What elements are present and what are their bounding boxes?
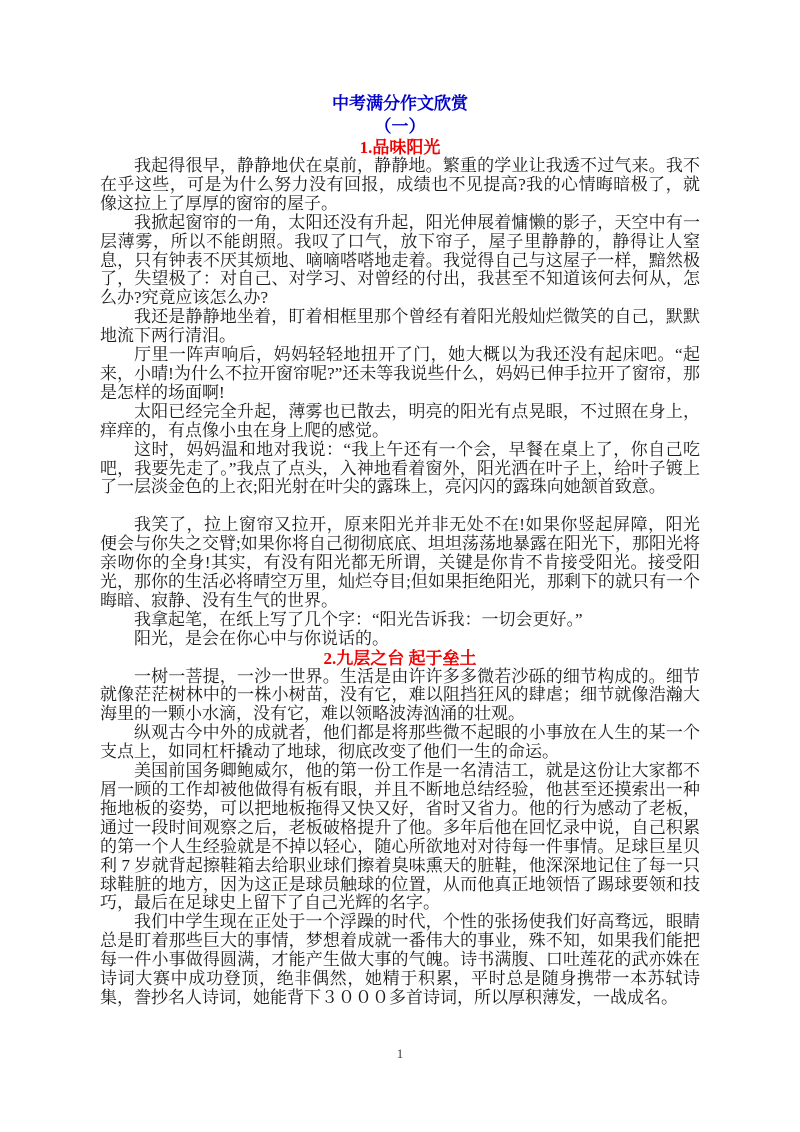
paragraph: 我还是静静地坐着，盯着相框里那个曾经有着阳光般灿烂微笑的自己，默默地流下两行清泪… [100,308,700,346]
page-number-footer: 1 [0,1046,800,1062]
paragraph: 美国前国务卿鲍威尔，他的第一份工作是一名清洁工，就是这份让大家都不屑一顾的工作却… [100,762,700,913]
section-1-body: 我起得很早，静静地伏在桌前，静静地。繁重的学业让我透不过气来。我不在乎这些，可是… [100,157,700,649]
paragraph: 我拿起笔，在纸上写了几个字：“阳光告诉我：一切会更好。” [100,611,700,630]
section-2-body: 一树一菩提，一沙一世界。生活是由许许多多微若沙砾的细节构成的。细节就像茫茫树林中… [100,668,700,1008]
paragraph: 我们中学生现在正处于一个浮躁的时代，个性的张扬使我们好高骛远，眼睛总是盯着那些巨… [100,913,700,1008]
paragraph: 我笑了，拉上窗帘又拉开，原来阳光并非无处不在!如果你竖起屏障，阳光便会与你失之交… [100,516,700,611]
document-page: 中考满分作文欣赏 （一） 1.品味阳光 我起得很早，静静地伏在桌前，静静地。繁重… [0,0,800,1132]
section-heading-1: 1.品味阳光 [100,138,700,157]
section-heading-2: 2.九层之台 起于垒土 [100,649,700,668]
document-title: 中考满分作文欣赏 [100,93,700,115]
paragraph: 纵观古今中外的成就者，他们都是将那些微不起眼的小事放在人生的某一个支点上，如同杠… [100,724,700,762]
paragraph: 阳光，是会在你心中与你说话的。 [100,630,700,649]
document-content: 中考满分作文欣赏 （一） 1.品味阳光 我起得很早，静静地伏在桌前，静静地。繁重… [100,93,700,1008]
paragraph: 我起得很早，静静地伏在桌前，静静地。繁重的学业让我透不过气来。我不在乎这些，可是… [100,157,700,214]
document-subtitle: （一） [100,115,700,138]
paragraph: 这时，妈妈温和地对我说：“我上午还有一个会，早餐在桌上了，你自己吃吧，我要先走了… [100,441,700,498]
paragraph: 太阳已经完全升起，薄雾也已散去，明亮的阳光有点晃眼，不过照在身上，痒痒的，有点像… [100,403,700,441]
paragraph: 厅里一阵声响后，妈妈轻轻地扭开了门，她大概以为我还没有起床吧。“起来，小晴!为什… [100,346,700,403]
paragraph: 我掀起窗帘的一角，太阳还没有升起，阳光伸展着慵懒的影子，天空中有一层薄雾，所以不… [100,214,700,309]
paragraph: 一树一菩提，一沙一世界。生活是由许许多多微若沙砾的细节构成的。细节就像茫茫树林中… [100,668,700,725]
